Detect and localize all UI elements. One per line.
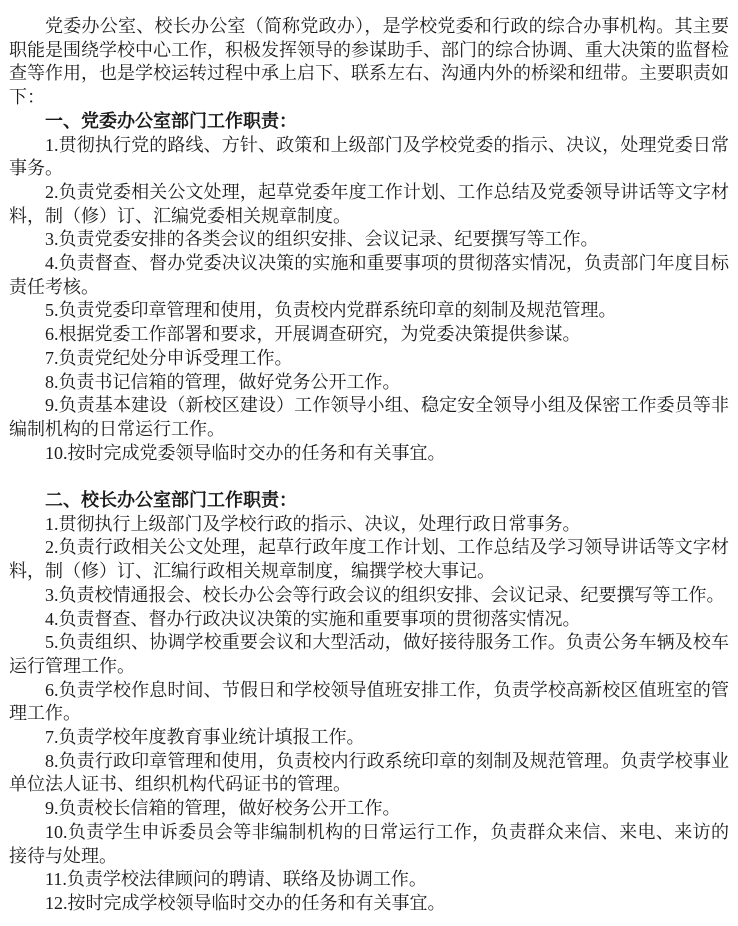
- section-2-item: 1.贯彻执行上级部门及学校行政的指示、决议，处理行政日常事务。: [9, 513, 729, 537]
- section-1-item: 5.负责党委印章管理和使用，负责校内党群系统印章的刻制及规范管理。: [9, 299, 729, 323]
- section-1-item: 6.根据党委工作部署和要求，开展调查研究，为党委决策提供参谋。: [9, 323, 729, 347]
- section-1-item: 10.按时完成党委领导临时交办的任务和有关事宜。: [9, 442, 729, 466]
- document-page: 党委办公室、校长办公室（简称党政办），是学校党委和行政的综合办事机构。其主要职能…: [0, 0, 738, 926]
- section-2-item: 12.按时完成学校领导临时交办的任务和有关事宜。: [9, 892, 729, 916]
- section-2-item: 8.负责行政印章管理和使用，负责校内行政系统印章的刻制及规范管理。负责学校事业单…: [9, 750, 729, 797]
- section-1-item: 4.负责督查、督办党委决议决策的实施和重要事项的贯彻落实情况，负责部门年度目标责…: [9, 252, 729, 299]
- section-1-item: 7.负责党纪处分申诉受理工作。: [9, 347, 729, 371]
- intro-paragraph: 党委办公室、校长办公室（简称党政办），是学校党委和行政的综合办事机构。其主要职能…: [9, 15, 729, 110]
- section-1-item: 9.负责基本建设（新校区建设）工作领导小组、稳定安全领导小组及保密工作委员等非编…: [9, 394, 729, 441]
- section-1-heading: 一、党委办公室部门工作职责：: [9, 110, 729, 134]
- section-1-item: 8.负责书记信箱的管理，做好党务公开工作。: [9, 371, 729, 395]
- section-2-item: 2.负责行政相关公文处理，起草行政年度工作计划、工作总结及学习领导讲话等文字材料…: [9, 536, 729, 583]
- section-2-item: 9.负责校长信箱的管理，做好校务公开工作。: [9, 797, 729, 821]
- section-2-item: 4.负责督查、督办行政决议决策的实施和重要事项的贯彻落实情况。: [9, 608, 729, 632]
- section-2-item: 6.负责学校作息时间、节假日和学校领导值班安排工作，负责学校高新校区值班室的管理…: [9, 679, 729, 726]
- section-2-item: 10.负责学生申诉委员会等非编制机构的日常运行工作，负责群众来信、来电、来访的接…: [9, 821, 729, 868]
- section-1-item: 1.贯彻执行党的路线、方针、政策和上级部门及学校党委的指示、决议，处理党委日常事…: [9, 134, 729, 181]
- section-2-item: 3.负责校情通报会、校长办公会等行政会议的组织安排、会议记录、纪要撰写等工作。: [9, 584, 729, 608]
- section-2-item: 11.负责学校法律顾问的聘请、联络及协调工作。: [9, 868, 729, 892]
- section-2-item: 7.负责学校年度教育事业统计填报工作。: [9, 726, 729, 750]
- section-1-item: 2.负责党委相关公文处理，起草党委年度工作计划、工作总结及党委领导讲话等文字材料…: [9, 181, 729, 228]
- section-2-heading: 二、校长办公室部门工作职责：: [9, 489, 729, 513]
- section-1-item: 3.负责党委安排的各类会议的组织安排、会议记录、纪要撰写等工作。: [9, 228, 729, 252]
- section-2-item: 5.负责组织、协调学校重要会议和大型活动，做好接待服务工作。负责公务车辆及校车运…: [9, 631, 729, 678]
